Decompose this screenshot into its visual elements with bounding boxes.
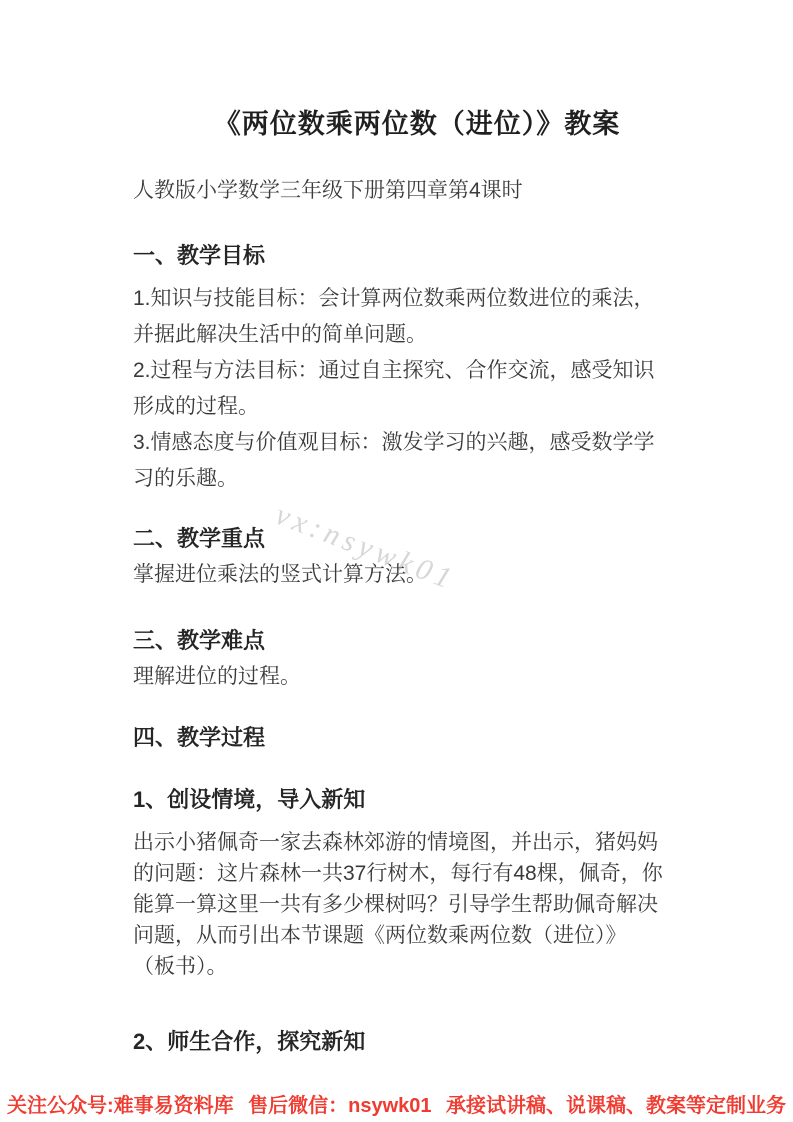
page-title: 《两位数乘两位数（进位）》教案 (133, 104, 701, 144)
section-heading-objectives: 一、教学目标 (133, 242, 701, 270)
section-heading-difficulties: 三、教学难点 (133, 627, 701, 655)
process-step-2-heading: 2、师生合作，探究新知 (133, 1028, 701, 1056)
section-heading-key-points: 二、教学重点 (133, 525, 701, 553)
doc-subtitle: 人教版小学数学三年级下册第四章第4课时 (133, 177, 701, 205)
footer-promo-bar: 关注公众号:难事易资料库 售后微信：nsywk01 承接试讲稿、说课稿、教案等定… (7, 1094, 786, 1119)
objective-line: 形成的过程。 (133, 389, 701, 425)
key-points-body: 掌握进位乘法的竖式计算方法。 (133, 560, 701, 590)
objective-line: 并据此解决生活中的简单问题。 (133, 317, 701, 353)
document-content: 《两位数乘两位数（进位）》教案 人教版小学数学三年级下册第四章第4课时 一、教学… (0, 0, 793, 1056)
document-page: vx:nsywk01 《两位数乘两位数（进位）》教案 人教版小学数学三年级下册第… (0, 0, 793, 1122)
objective-item: 3.情感态度与价值观目标：激发学习的兴趣，感受数学学 习的乐趣。 (133, 425, 701, 497)
paragraph-line: 的问题：这片森林一共37行树木，每行有48棵，佩奇，你 (133, 858, 701, 889)
objective-line: 1.知识与技能目标：会计算两位数乘两位数进位的乘法， (133, 281, 701, 317)
paragraph-line: 能算一算这里一共有多少棵树吗？引导学生帮助佩奇解决 (133, 889, 701, 920)
objective-item: 1.知识与技能目标：会计算两位数乘两位数进位的乘法， 并据此解决生活中的简单问题… (133, 281, 701, 353)
paragraph-line: 出示小猪佩奇一家去森林郊游的情境图，并出示，猪妈妈 (133, 827, 701, 858)
paragraph-line: （板书）。 (133, 951, 701, 982)
process-step-1-heading: 1、创设情境，导入新知 (133, 786, 701, 814)
footer-segment-services: 承接试讲稿、说课稿、教案等定制业务 (446, 1094, 786, 1119)
difficulties-body: 理解进位的过程。 (133, 662, 701, 692)
section-heading-process: 四、教学过程 (133, 724, 701, 752)
objective-item: 2.过程与方法目标：通过自主探究、合作交流，感受知识 形成的过程。 (133, 353, 701, 425)
paragraph-line: 问题，从而引出本节课题《两位数乘两位数（进位）》 (133, 920, 701, 951)
process-step-1-paragraph: 出示小猪佩奇一家去森林郊游的情境图，并出示，猪妈妈 的问题：这片森林一共37行树… (133, 827, 701, 982)
footer-segment-official-account: 关注公众号:难事易资料库 (7, 1094, 234, 1119)
objective-line: 习的乐趣。 (133, 461, 701, 497)
objectives-list: 1.知识与技能目标：会计算两位数乘两位数进位的乘法， 并据此解决生活中的简单问题… (133, 281, 701, 497)
objective-line: 3.情感态度与价值观目标：激发学习的兴趣，感受数学学 (133, 425, 701, 461)
objective-line: 2.过程与方法目标：通过自主探究、合作交流，感受知识 (133, 353, 701, 389)
footer-segment-wechat: 售后微信：nsywk01 (248, 1094, 431, 1119)
